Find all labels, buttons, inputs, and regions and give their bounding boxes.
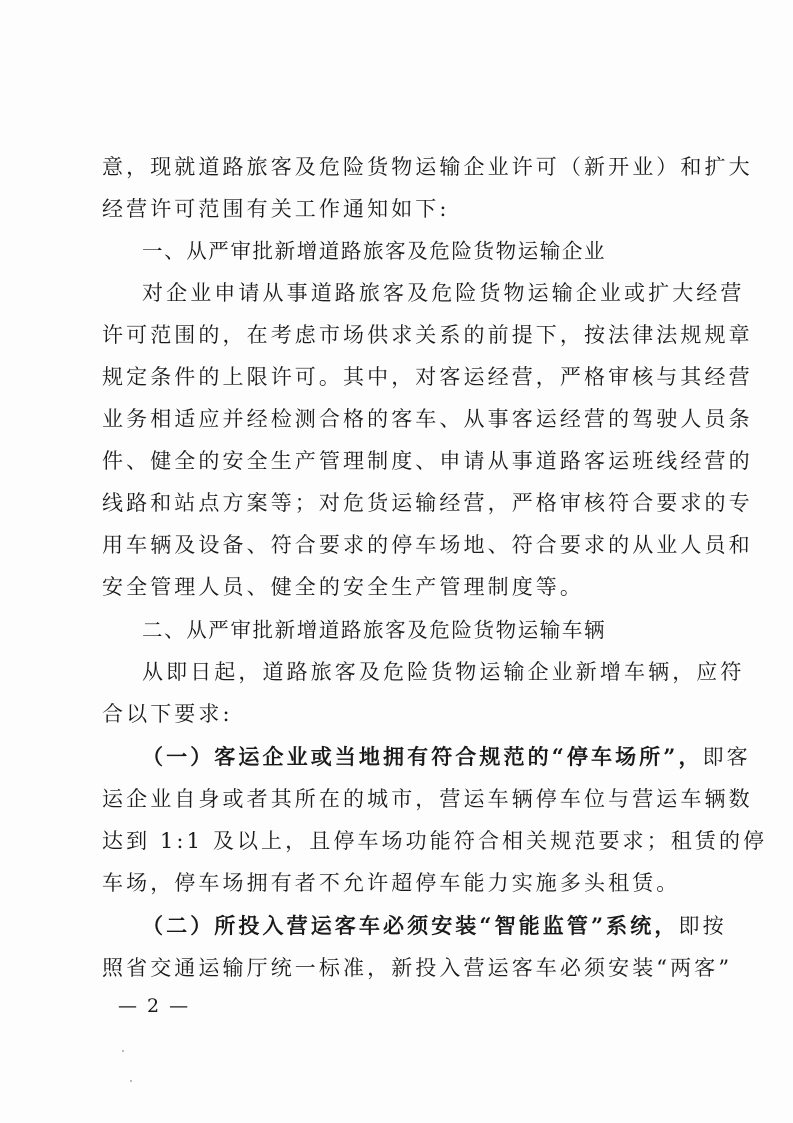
- paragraph-line: 达到 1:1 及以上，且停车场功能符合相关规范要求；租赁的停: [102, 827, 702, 855]
- paragraph-line: 从即日起，道路旅客及危险货物运输企业新增车辆，应符: [142, 658, 742, 686]
- page-number: — 2 —: [118, 995, 190, 1017]
- paragraph-line: 对企业申请从事道路旅客及危险货物运输企业或扩大经营: [142, 279, 742, 307]
- paragraph-line: 合以下要求:: [102, 700, 702, 728]
- scan-speck: [130, 1080, 132, 1082]
- subsection-heading-1: （一）客运企业或当地拥有符合规范的“停车场所”，: [142, 744, 703, 769]
- subsection-heading-2: （二）所投入营运客车必须安装“智能监管”系统，: [142, 913, 678, 938]
- paragraph-text: 即按: [678, 914, 726, 938]
- scan-speck: [122, 1050, 124, 1052]
- paragraph-line: 件、健全的安全生产管理制度、申请从事道路客运班线经营的: [102, 447, 702, 475]
- paragraph-line: 意，现就道路旅客及危险货物运输企业许可（新开业）和扩大: [102, 153, 702, 181]
- subsection-line: （二）所投入营运客车必须安装“智能监管”系统，即按: [142, 912, 742, 940]
- paragraph-line: 车场，停车场拥有者不允许超停车能力实施多头租赁。: [102, 869, 702, 897]
- paragraph-line: 用车辆及设备、符合要求的停车场地、符合要求的从业人员和: [102, 531, 702, 559]
- section-heading-1: 一、从严审批新增道路旅客及危险货物运输企业: [142, 237, 742, 265]
- paragraph-line: 运企业自身或者其所在的城市，营运车辆停车位与营运车辆数: [102, 785, 702, 813]
- paragraph-line: 线路和站点方案等；对危货运输经营，严格审核符合要求的专: [102, 489, 702, 517]
- paragraph-line: 安全管理人员、健全的安全生产管理制度等。: [102, 573, 702, 601]
- paragraph-line: 许可范围的，在考虑市场供求关系的前提下，按法律法规规章: [102, 321, 702, 349]
- paragraph-line: 规定条件的上限许可。其中，对客运经营，严格审核与其经营: [102, 363, 702, 391]
- paragraph-line: 照省交通运输厅统一标准，新投入营运客车必须安装“两客”: [102, 954, 702, 982]
- paragraph-line: 经营许可范围有关工作通知如下:: [102, 195, 702, 223]
- document-page: 意，现就道路旅客及危险货物运输企业许可（新开业）和扩大 经营许可范围有关工作通知…: [0, 0, 793, 1123]
- paragraph-line: 业务相适应并经检测合格的客车、从事客运经营的驾驶人员条: [102, 405, 702, 433]
- paragraph-text: 即客: [703, 745, 751, 769]
- section-heading-2: 二、从严审批新增道路旅客及危险货物运输车辆: [142, 616, 742, 644]
- subsection-line: （一）客运企业或当地拥有符合规范的“停车场所”，即客: [142, 743, 742, 771]
